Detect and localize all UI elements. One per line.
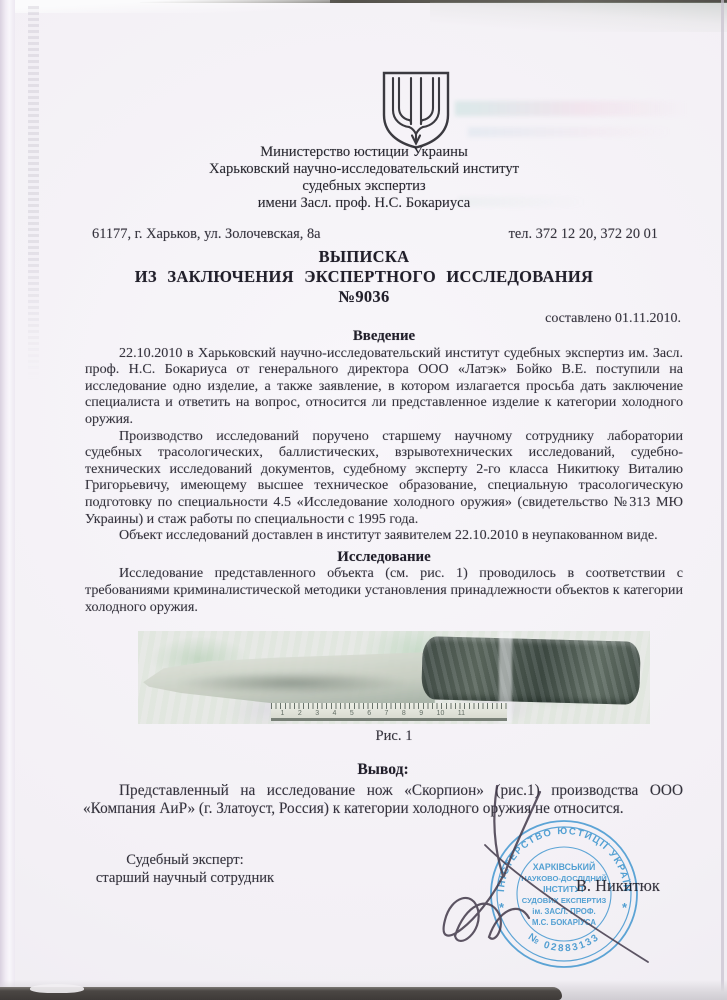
scan-right-edge-artifact [721, 0, 724, 1000]
document-title: ВЫПИСКА ИЗ ЗАКЛЮЧЕНИЯ ЭКСПЕРТНОГО ИССЛЕД… [34, 247, 694, 306]
intro-paragraph-2: Производство исследований поручено старш… [85, 428, 683, 528]
research-paragraph-1: Исследование представленного объекта (см… [85, 565, 683, 615]
trident-shield-icon [378, 70, 454, 150]
knife-blade-shadow [174, 672, 410, 694]
title-line1: ВЫПИСКА [34, 247, 694, 267]
document-number: №9036 [34, 287, 694, 307]
figure-1: 1 2 3 4 5 6 7 8 9 10 11 Рис. 1 [138, 631, 650, 745]
ruler-numbers: 1 2 3 4 5 6 7 8 9 10 11 [281, 709, 507, 718]
phone-text: тел. 372 12 20, 372 20 01 [509, 226, 658, 243]
institute-line2: судебных экспертиз [34, 178, 694, 195]
ruler-ticks [271, 703, 507, 710]
knife-photo: 1 2 3 4 5 6 7 8 9 10 11 [138, 631, 650, 724]
institute-line3: имени Засл. проф. Н.С. Бокариуса [34, 195, 694, 212]
handwritten-signature [395, 770, 660, 970]
scan-bottom-notch-artifact [30, 984, 84, 993]
scan-color-streak [468, 127, 673, 137]
title-line2: ИЗ ЗАКЛЮЧЕНИЯ ЭКСПЕРТНОГО ИССЛЕДОВАНИЯ [34, 267, 694, 287]
scan-bottom-bar-artifact [0, 987, 562, 1000]
research-heading: Исследование [85, 549, 683, 566]
document-body: Введение 22.10.2010 в Харьковский научно… [85, 328, 683, 615]
contact-row: 61177, г. Харьков, ул. Золочевская, 8а т… [92, 226, 658, 243]
intro-heading: Введение [85, 328, 683, 345]
intro-paragraph-3: Объект исследований доставлен в институт… [85, 527, 683, 544]
scanned-document-page: Министерство юстиции Украины Харьковский… [0, 0, 727, 1000]
ministry-line: Министерство юстиции Украины [34, 144, 694, 161]
scan-top-wedge-artifact [0, 0, 330, 13]
measuring-ruler: 1 2 3 4 5 6 7 8 9 10 11 [271, 703, 507, 722]
scan-top-edge-artifact [140, 0, 727, 3]
scan-bottom-shade-artifact [0, 980, 727, 1000]
expert-role-line1: Судебный эксперт: [95, 852, 275, 870]
scan-top-smudge-artifact [430, 2, 727, 32]
scan-color-streak [455, 101, 690, 116]
knife-handle-texture [421, 637, 640, 706]
organization-header: Министерство юстиции Украины Харьковский… [34, 144, 694, 212]
intro-paragraph-1: 22.10.2010 в Харьковский научно-исследов… [85, 345, 683, 428]
address-text: 61177, г. Харьков, ул. Золочевская, 8а [92, 226, 321, 243]
expert-role-block: Судебный эксперт: старший научный сотруд… [95, 852, 275, 888]
figure-caption: Рис. 1 [138, 728, 650, 745]
institute-line1: Харьковский научно-исследовательский инс… [34, 161, 694, 178]
scan-left-edge-artifact [0, 0, 15, 1000]
expert-role-line2: старший научный сотрудник [95, 870, 275, 888]
composed-date: составлено 01.11.2010. [545, 311, 681, 327]
knife-handle [421, 637, 640, 706]
